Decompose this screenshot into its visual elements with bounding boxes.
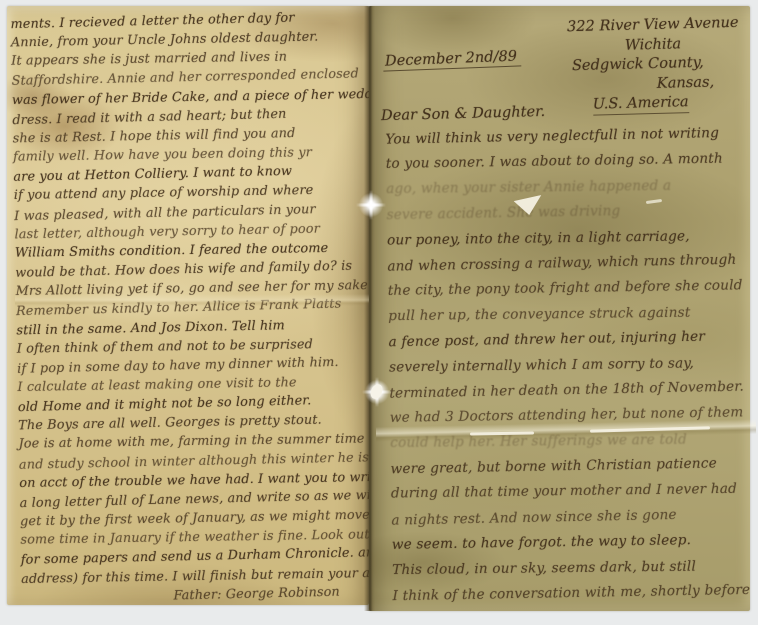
page-seam bbox=[364, 6, 375, 611]
handwriting-line: I think of the conversation with me, sho… bbox=[392, 578, 750, 610]
address-line: 322 River View Avenue bbox=[567, 13, 739, 37]
left-page: ments. I recieved a letter the other day… bbox=[7, 6, 369, 605]
left-page-lines: ments. I recieved a letter the other day… bbox=[10, 8, 369, 605]
right-page: 322 River View AvenueWichitaSedgwick Cou… bbox=[369, 6, 750, 611]
date-line: December 2nd/89 bbox=[383, 47, 522, 71]
salutation: Dear Son & Daughter. bbox=[381, 103, 546, 124]
right-page-lines: You will think us very neglectfull in no… bbox=[385, 121, 750, 609]
address-block: 322 River View AvenueWichitaSedgwick Cou… bbox=[567, 13, 741, 116]
letter-scan: ments. I recieved a letter the other day… bbox=[0, 0, 758, 625]
address-line: U.S. America bbox=[593, 92, 689, 115]
address-line: Kansas, bbox=[569, 72, 715, 95]
